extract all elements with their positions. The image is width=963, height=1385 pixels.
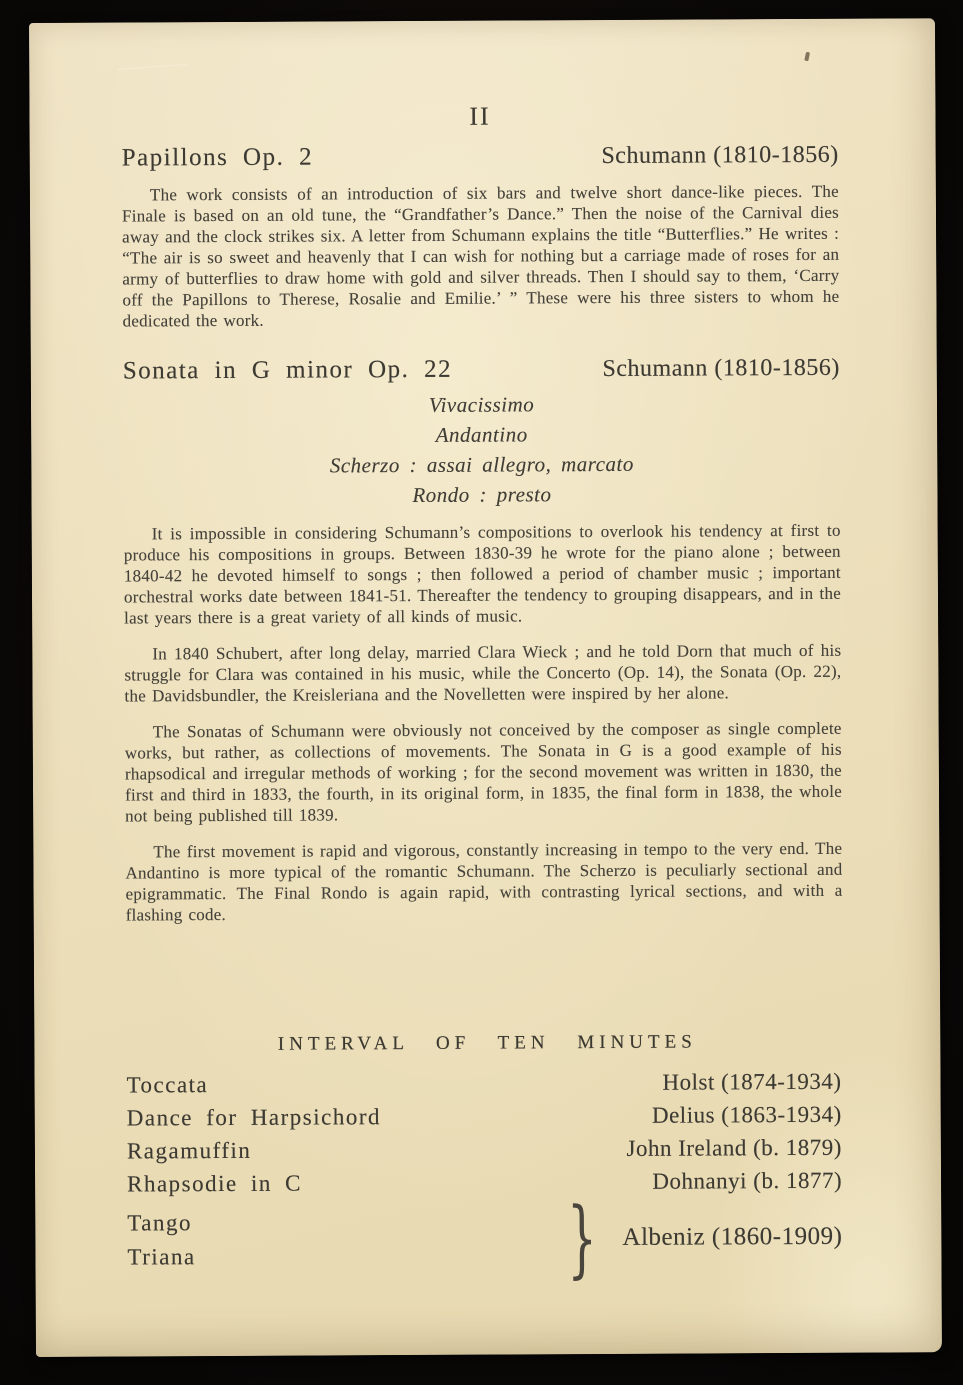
programme-group-row: Tango Triana } Albeniz (1860-1909) [127, 1203, 842, 1275]
second-half-programme: Toccata Holst (1874-1934) Dance for Harp… [126, 1069, 842, 1275]
programme-row: Ragamuffin John Ireland (b. 1879) [127, 1135, 842, 1172]
programme-page: II Papillons Op. 2 Schumann (1810-1856) … [29, 18, 942, 1357]
piece-composer: Delius (1863-1934) [652, 1102, 842, 1129]
programme-note: The first movement is rapid and vigorous… [125, 838, 842, 926]
brace-icon: } [567, 1204, 597, 1272]
piece-title: Toccata [126, 1072, 208, 1098]
piece-title: Triana [127, 1240, 195, 1274]
paper-speck [804, 52, 810, 62]
piece-title: Ragamuffin [127, 1138, 252, 1165]
paper-scratch [117, 64, 187, 70]
piece-composer: Holst (1874-1934) [662, 1069, 841, 1096]
programme-row: Dance for Harpsichord Delius (1863-1934) [127, 1102, 842, 1139]
programme-note: The Sonatas of Schumann were obviously n… [125, 718, 843, 827]
piece-title: Dance for Harpsichord [127, 1104, 381, 1131]
programme-row: Rhapsodie in C Dohnanyi (b. 1877) [127, 1168, 842, 1205]
grouped-piece-titles: Tango Triana [127, 1206, 196, 1274]
piece-composer: Dohnanyi (b. 1877) [652, 1168, 842, 1195]
movement-item: Scherzo : assai allegro, marcato [123, 448, 840, 482]
photo-background: II Papillons Op. 2 Schumann (1810-1856) … [0, 0, 963, 1385]
programme-note: It is impossible in considering Schumann… [124, 520, 842, 629]
piece-title: Tango [127, 1206, 195, 1240]
movement-list: Vivacissimo Andantino Scherzo : assai al… [123, 388, 841, 512]
work-composer: Schumann (1810-1856) [601, 142, 838, 170]
programme-note: In 1840 Schubert, after long delay, marr… [124, 640, 841, 707]
movement-item: Rondo : presto [123, 478, 840, 512]
work-title: Papillons Op. 2 [122, 144, 314, 173]
programme-row: Toccata Holst (1874-1934) [126, 1069, 841, 1106]
piece-composer: John Ireland (b. 1879) [626, 1135, 842, 1162]
movement-item: Andantino [123, 418, 840, 452]
section-numeral: II [121, 100, 838, 134]
interval-heading: INTERVAL OF TEN MINUTES [34, 1030, 940, 1057]
piece-title: Rhapsodie in C [127, 1171, 302, 1198]
work-header-papillons: Papillons Op. 2 Schumann (1810-1856) [122, 141, 839, 173]
piece-composer: Albeniz (1860-1909) [622, 1223, 842, 1252]
grouped-composer: } Albeniz (1860-1909) [555, 1203, 843, 1273]
programme-note: The work consists of an introduction of … [122, 181, 840, 332]
work-composer: Schumann (1810-1856) [602, 355, 839, 383]
work-header-sonata: Sonata in G minor Op. 22 Schumann (1810-… [123, 354, 840, 386]
movement-item: Vivacissimo [123, 388, 840, 422]
work-title: Sonata in G minor Op. 22 [123, 356, 452, 386]
